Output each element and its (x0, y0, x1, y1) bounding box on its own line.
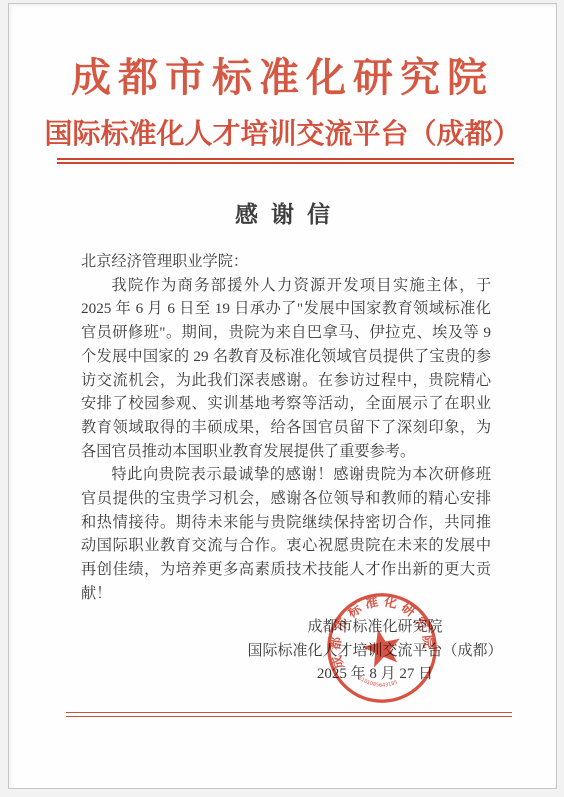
letterhead-divider-rule (57, 158, 514, 164)
letter-title: 感谢信 (9, 196, 556, 229)
scanned-letter-page: 成都市标准化研究院 国际标准化人才培训交流平台（成都） 感谢信 北京经济管理职业… (0, 0, 564, 797)
signature-block: 成都市标准化研究院 国际标准化人才培训交流平台（成都） 2025 年 8 月 2… (246, 616, 504, 687)
letter-salutation: 北京经济管理职业学院： (81, 250, 491, 274)
signature-org-name: 成都市标准化研究院 (246, 616, 504, 640)
footer-divider-rule (66, 712, 512, 717)
letterhead-org-name: 成都市标准化研究院 (9, 46, 556, 103)
letter-paragraph-1: 我院作为商务部援外人力资源开发项目实施主体，于 2025 年 6 月 6 日至 … (81, 274, 491, 464)
letter-paragraph-2: 特此向贵院表示最诚挚的感谢！感谢贵院为本次研修班官员提供的宝贵学习机会，感谢各位… (81, 463, 491, 605)
signature-platform-name: 国际标准化人才培训交流平台（成都） (246, 640, 504, 664)
letter-body: 北京经济管理职业学院： 我院作为商务部援外人力资源开发项目实施主体，于 2025… (81, 250, 491, 606)
signature-date: 2025 年 8 月 27 日 (246, 663, 504, 687)
letter-paper: 成都市标准化研究院 国际标准化人才培训交流平台（成都） 感谢信 北京经济管理职业… (8, 3, 557, 789)
letterhead-platform-name: 国际标准化人才培训交流平台（成都） (9, 112, 556, 152)
